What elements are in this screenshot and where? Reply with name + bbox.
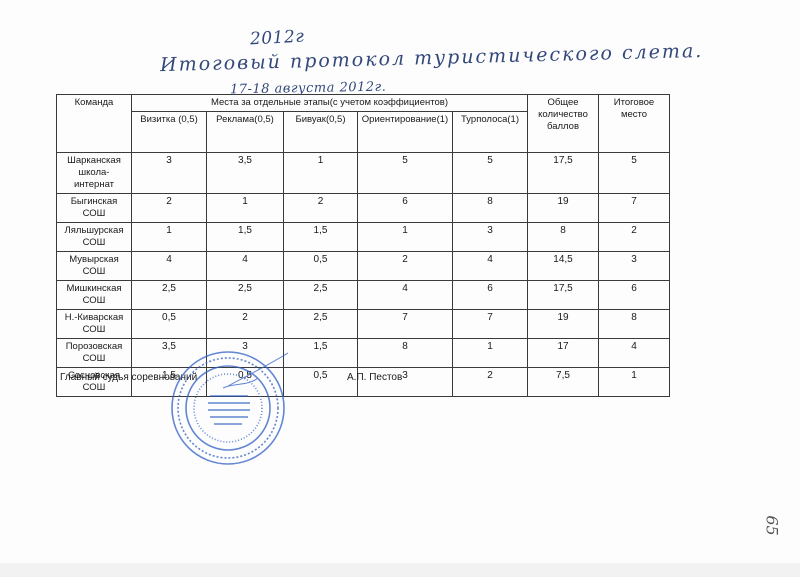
- stage-place-cell: 1,5: [284, 339, 358, 368]
- total-points-cell: 14,5: [528, 252, 599, 281]
- header-stage: Бивуак(0,5): [284, 112, 358, 153]
- stage-place-cell: 1: [358, 223, 453, 252]
- total-points-cell: 19: [528, 194, 599, 223]
- total-points-cell: 7,5: [528, 368, 599, 397]
- team-name-cell: Н.-Киварская СОШ: [57, 310, 132, 339]
- stage-place-cell: 3: [132, 153, 207, 194]
- final-place-cell: 4: [599, 339, 670, 368]
- stage-place-cell: 5: [453, 153, 528, 194]
- stage-place-cell: 7: [358, 310, 453, 339]
- final-place-cell: 7: [599, 194, 670, 223]
- table-row: Мувырская СОШ440,52414,53: [57, 252, 670, 281]
- handwritten-year: 2012г: [250, 27, 305, 50]
- stage-place-cell: 7: [453, 310, 528, 339]
- handwritten-title: Итоговый протокол туристического слета.: [160, 40, 704, 76]
- team-name-cell: Быгинская СОШ: [57, 194, 132, 223]
- stage-place-cell: 5: [358, 153, 453, 194]
- scan-edge: [0, 563, 800, 577]
- total-points-cell: 8: [528, 223, 599, 252]
- table-row: Н.-Киварская СОШ0,522,577198: [57, 310, 670, 339]
- final-place-cell: 2: [599, 223, 670, 252]
- header-final-place: Итоговое место: [599, 95, 670, 153]
- chief-judge-name: А.П. Пестов: [347, 372, 402, 383]
- header-stage: Визитка (0,5): [132, 112, 207, 153]
- final-place-cell: 5: [599, 153, 670, 194]
- table-row: Шарканская школа-интернат33,515517,55: [57, 153, 670, 194]
- stage-place-cell: 3,5: [207, 153, 284, 194]
- stage-place-cell: 1: [207, 194, 284, 223]
- stage-place-cell: 2: [453, 368, 528, 397]
- total-points-cell: 17,5: [528, 281, 599, 310]
- team-name-cell: Шарканская школа-интернат: [57, 153, 132, 194]
- stage-place-cell: 2: [358, 252, 453, 281]
- stage-place-cell: 8: [453, 194, 528, 223]
- stage-place-cell: 6: [453, 281, 528, 310]
- stage-place-cell: 4: [358, 281, 453, 310]
- total-points-cell: 17: [528, 339, 599, 368]
- header-stages-group: Места за отдельные этапы(с учетом коэффи…: [132, 95, 528, 112]
- table-row: Порозовская СОШ3,531,581174: [57, 339, 670, 368]
- stage-place-cell: 6: [358, 194, 453, 223]
- stage-place-cell: 0,5: [132, 310, 207, 339]
- page-number: 65: [763, 515, 782, 535]
- team-name-cell: Порозовская СОШ: [57, 339, 132, 368]
- stage-place-cell: 2: [207, 310, 284, 339]
- header-total: Общее количество баллов: [528, 95, 599, 153]
- stage-place-cell: 3: [453, 223, 528, 252]
- header-stage: Реклама(0,5): [207, 112, 284, 153]
- stage-place-cell: 2,5: [284, 310, 358, 339]
- stage-place-cell: 1: [284, 153, 358, 194]
- header-team: Команда: [57, 95, 132, 153]
- final-place-cell: 3: [599, 252, 670, 281]
- stage-place-cell: 1: [132, 223, 207, 252]
- table-row: Быгинская СОШ21268197: [57, 194, 670, 223]
- stage-place-cell: 0,5: [284, 252, 358, 281]
- stage-place-cell: 1,5: [207, 223, 284, 252]
- stage-place-cell: 4: [207, 252, 284, 281]
- total-points-cell: 19: [528, 310, 599, 339]
- final-place-cell: 8: [599, 310, 670, 339]
- stage-place-cell: 4: [132, 252, 207, 281]
- stage-place-cell: 1,5: [284, 223, 358, 252]
- stage-place-cell: 2,5: [207, 281, 284, 310]
- header-stage: Турполоса(1): [453, 112, 528, 153]
- total-points-cell: 17,5: [528, 153, 599, 194]
- stage-place-cell: 2,5: [132, 281, 207, 310]
- stage-place-cell: 8: [358, 339, 453, 368]
- official-stamp-icon: [168, 348, 288, 468]
- stage-place-cell: 1: [453, 339, 528, 368]
- table-row: Мишкинская СОШ2,52,52,54617,56: [57, 281, 670, 310]
- team-name-cell: Мувырская СОШ: [57, 252, 132, 281]
- team-name-cell: Мишкинская СОШ: [57, 281, 132, 310]
- team-name-cell: Ляльшурская СОШ: [57, 223, 132, 252]
- final-place-cell: 1: [599, 368, 670, 397]
- scanned-page: 2012г Итоговый протокол туристического с…: [0, 0, 800, 577]
- stage-place-cell: 2,5: [284, 281, 358, 310]
- results-table: Команда Места за отдельные этапы(с учето…: [56, 94, 670, 397]
- stage-place-cell: 4: [453, 252, 528, 281]
- final-place-cell: 6: [599, 281, 670, 310]
- table-row: Ляльшурская СОШ11,51,51382: [57, 223, 670, 252]
- stage-place-cell: 2: [284, 194, 358, 223]
- stage-place-cell: 2: [132, 194, 207, 223]
- header-stage: Ориентирование(1): [358, 112, 453, 153]
